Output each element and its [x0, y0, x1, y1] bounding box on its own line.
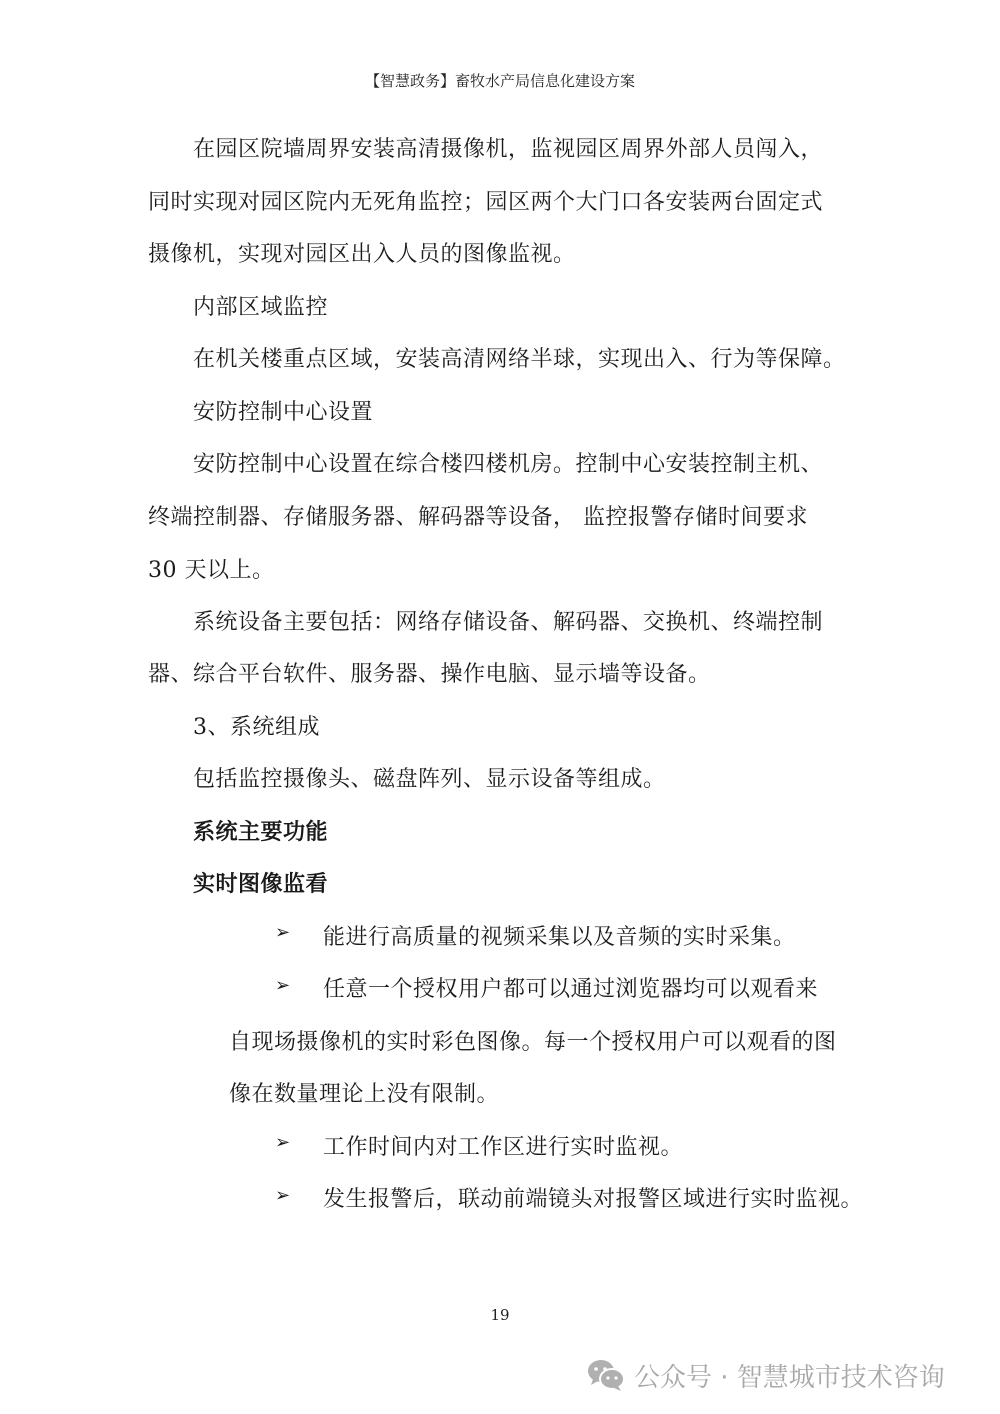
section-heading: 3、系统组成: [148, 710, 320, 741]
arrow-bullet-icon: ➢: [275, 1185, 290, 1206]
paragraph-line: 同时实现对园区院内无死角监控；园区两个大门口各安装两台固定式: [148, 185, 823, 216]
paragraph-line: 器、综合平台软件、服务器、操作电脑、显示墙等设备。: [148, 657, 711, 688]
arrow-bullet-icon: ➢: [275, 1132, 290, 1153]
bullet-item: 工作时间内对工作区进行实时监视。: [323, 1130, 683, 1161]
subheading: 安防控制中心设置: [148, 395, 373, 426]
arrow-bullet-icon: ➢: [275, 922, 290, 943]
document-header: 【智慧政务】畜牧水产局信息化建设方案: [0, 70, 1000, 91]
paragraph-line: 包括监控摄像头、磁盘阵列、显示设备等组成。: [148, 762, 666, 793]
page-number: 19: [0, 1306, 1000, 1324]
paragraph-line: 系统设备主要包括：网络存储设备、解码器、交换机、终端控制: [148, 605, 823, 636]
bold-heading-main-functions: 系统主要功能: [148, 815, 328, 846]
bullet-item-continuation: 像在数量理论上没有限制。: [229, 1077, 499, 1108]
paragraph-line: 在园区院墙周界安装高清摄像机，监视园区周界外部人员闯入，: [148, 132, 823, 163]
bullet-item: 能进行高质量的视频采集以及音频的实时采集。: [323, 920, 796, 951]
paragraph-line: 终端控制器、存储服务器、解码器等设备， 监控报警存储时间要求: [148, 500, 808, 531]
arrow-bullet-icon: ➢: [275, 975, 290, 996]
paragraph-line: 安防控制中心设置在综合楼四楼机房。控制中心安装控制主机、: [148, 447, 823, 478]
bullet-item: 任意一个授权用户都可以通过浏览器均可以观看来: [323, 972, 818, 1003]
paragraph-line: 摄像机，实现对园区出入人员的图像监视。: [148, 237, 576, 268]
bullet-item-continuation: 自现场摄像机的实时彩色图像。每一个授权用户可以观看的图: [229, 1025, 837, 1056]
paragraph-line: 30 天以上。: [148, 553, 275, 584]
watermark-text: 公众号 · 智慧城市技术咨询: [634, 1357, 945, 1394]
watermark: 公众号 · 智慧城市技术咨询: [586, 1355, 945, 1395]
subheading: 内部区域监控: [148, 290, 328, 321]
bullet-item: 发生报警后，联动前端镜头对报警区域进行实时监视。: [323, 1182, 863, 1213]
bold-heading-realtime-monitoring: 实时图像监看: [148, 867, 328, 898]
wechat-icon: [586, 1357, 626, 1393]
paragraph-line: 在机关楼重点区域，安装高清网络半球，实现出入、行为等保障。: [148, 342, 846, 373]
